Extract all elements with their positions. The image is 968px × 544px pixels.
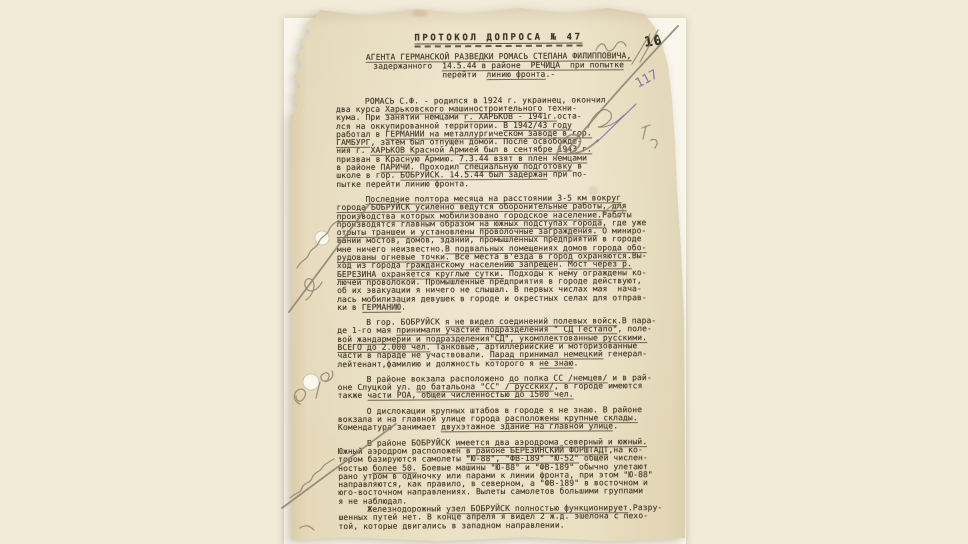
document-subtitle: АГЕНТА ГЕРМАНСКОЙ РАЗВЕДКИ РОМАСЬ СТЕПАН… xyxy=(336,52,662,80)
typed-text: задержанного xyxy=(373,61,442,70)
document-title: ПРОТОКОЛ ДОПРОСА № 47 xyxy=(414,33,582,44)
typed-text: при по- xyxy=(548,170,587,179)
paragraph: В гор. БОБРУЙСК я не видел соединений по… xyxy=(337,317,663,369)
typed-line: также части РОА, общей численностью до 1… xyxy=(338,390,664,400)
paper-stain xyxy=(412,10,428,17)
typed-text: . xyxy=(573,358,578,367)
typed-content: ПРОТОКОЛ ДОПРОСА № 47 АГЕНТА ГЕРМАНСКОЙ … xyxy=(335,33,664,531)
typed-text: Комендатура занимает xyxy=(338,423,441,433)
typed-line: Комендатура занимает двухэтажное здание … xyxy=(338,422,664,432)
paper-stain xyxy=(588,186,598,196)
typed-text: оста- xyxy=(557,112,582,121)
paragraph: О дислокации крупных штабов в городе я н… xyxy=(338,406,664,433)
paragraph: РОМАСЬ С.Ф. - родился в 1924 г. украинец… xyxy=(336,96,663,189)
underlined-text: ГЕРМАНИЮ xyxy=(362,302,401,312)
scan-stage: 106 ПРОТОКОЛ ДОПРОСА № 47 АГЕНТА ГЕРМАНС… xyxy=(0,0,968,544)
typed-text: ки в xyxy=(337,303,362,312)
document-header: ПРОТОКОЛ ДОПРОСА № 47 xyxy=(335,33,661,48)
typed-text: лейтенант,фамилию и должность которого я xyxy=(337,358,539,368)
underlined-text: линию фронта xyxy=(486,70,545,80)
typed-text: . xyxy=(613,422,618,431)
underlined-text: двухэтажное здание на главной улице xyxy=(441,422,613,433)
paragraph: В районе вокзала расположено до полка СС… xyxy=(338,374,664,401)
typed-line: лейтенант,фамилию и должность которого я… xyxy=(337,359,663,369)
typed-text: той, которые двигались в западном направ… xyxy=(338,520,564,530)
typed-line: ки в ГЕРМАНИЮ. xyxy=(337,302,663,312)
paper-sheet: 106 ПРОТОКОЛ ДОПРОСА № 47 АГЕНТА ГЕРМАНС… xyxy=(288,0,692,544)
typed-text: генерал- xyxy=(603,349,647,358)
underlined-text: не знаю xyxy=(539,358,573,368)
typed-text: пытке перейти линию фронта. xyxy=(336,179,469,189)
underlined-text: части РОА, общей численностью до 1500 че… xyxy=(367,390,574,401)
typed-text: . xyxy=(401,302,406,311)
dashed-underline xyxy=(415,45,583,48)
document-body: РОМАСЬ С.Ф. - родился в 1924 г. украинец… xyxy=(336,96,665,531)
typed-text: .- xyxy=(545,70,555,79)
typed-text: перейти xyxy=(442,70,486,79)
paragraph: В районе БОБРУЙСК имеется два аэродрома … xyxy=(338,438,664,506)
typed-line: той, которые двигались в западном направ… xyxy=(338,521,664,531)
paragraph: Железнодорожный узел БОБРУЙСК полностью … xyxy=(338,504,664,531)
document-page: 106 ПРОТОКОЛ ДОПРОСА № 47 АГЕНТА ГЕРМАНС… xyxy=(288,0,692,544)
typed-text: также xyxy=(338,391,368,400)
typed-line: пытке перейти линию фронта. xyxy=(336,179,662,189)
paragraph: Последние полтора месяца на расстоянии 3… xyxy=(336,194,663,312)
